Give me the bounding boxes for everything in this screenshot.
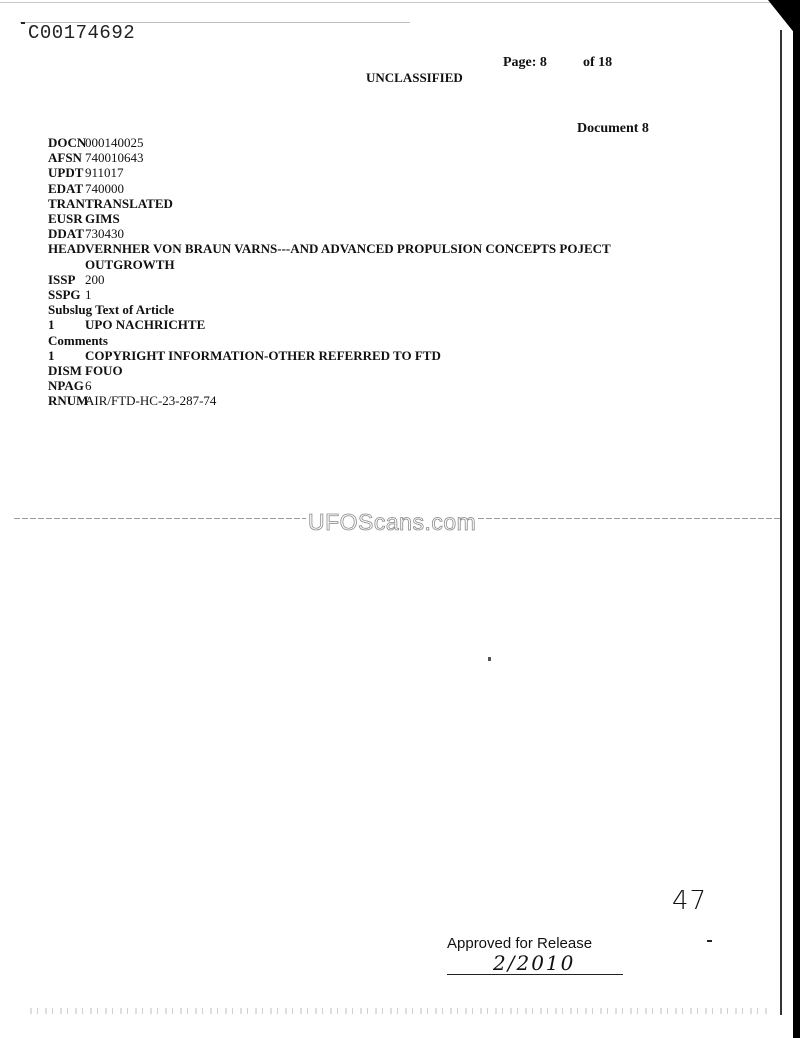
field-value: 6 xyxy=(85,378,92,393)
field-key: EDAT xyxy=(48,181,85,196)
field-rnum: RNUMAIR/FTD-HC-23-287-74 xyxy=(48,393,611,408)
field-key: RNUM xyxy=(48,393,85,408)
field-value: 000140025 xyxy=(85,135,144,150)
stamp-mark xyxy=(21,22,25,24)
signature-line xyxy=(447,974,623,975)
field-value: FOUO xyxy=(85,363,123,378)
page-total: of 18 xyxy=(583,55,612,71)
field-key: TRAN xyxy=(48,196,85,211)
approval-label: Approved for Release xyxy=(447,935,623,952)
field-value: 911017 xyxy=(85,165,124,180)
field-key: DDAT xyxy=(48,226,85,241)
subslug-item: 1UPO NACHRICHTE xyxy=(48,317,611,332)
scan-edge-line xyxy=(0,2,770,3)
page-number: Page: 8 xyxy=(503,55,547,71)
field-updt: UPDT911017 xyxy=(48,165,611,180)
field-key: NPAG xyxy=(48,378,85,393)
field-tran: TRANTRANSLATED xyxy=(48,196,611,211)
field-docn: DOCN000140025 xyxy=(48,135,611,150)
item-number: 1 xyxy=(48,348,85,363)
field-value: 730430 xyxy=(85,226,124,241)
stamp-mark xyxy=(707,940,712,942)
item-number: 1 xyxy=(48,317,85,332)
record-fields: DOCN000140025 AFSN740010643 UPDT911017 E… xyxy=(48,135,611,409)
field-eusr: EUSRGIMS xyxy=(48,211,611,226)
scan-page-edge xyxy=(793,30,800,1038)
page-indicator: Page: 8of 18 xyxy=(503,55,612,71)
field-value: 200 xyxy=(85,272,105,287)
comments-heading: Comments xyxy=(48,333,611,348)
approval-date: 2/2010 xyxy=(493,951,575,975)
scan-speck xyxy=(488,657,491,661)
item-text: UPO NACHRICHTE xyxy=(85,317,205,332)
field-key: DOCN xyxy=(48,135,85,150)
field-value: 1 xyxy=(85,287,92,302)
item-text: COPYRIGHT INFORMATION-OTHER REFERRED TO … xyxy=(85,348,441,363)
field-value: TRANSLATED xyxy=(85,196,173,211)
field-key: AFSN xyxy=(48,150,85,165)
field-issp: ISSP200 xyxy=(48,272,611,287)
watermark: UFOScans.com xyxy=(306,509,478,536)
subslug-heading: Subslug Text of Article xyxy=(48,302,611,317)
comment-item: 1COPYRIGHT INFORMATION-OTHER REFERRED TO… xyxy=(48,348,611,363)
document-id-stamp: C00174692 xyxy=(28,22,135,44)
field-key: ISSP xyxy=(48,272,85,287)
approval-stamp: Approved for Release 2/2010 xyxy=(447,935,623,952)
field-value: GIMS xyxy=(85,211,120,226)
field-value: AIR/FTD-HC-23-287-74 xyxy=(85,393,216,408)
field-key: HEAD xyxy=(48,241,85,256)
field-dism: DISMFOUO xyxy=(48,363,611,378)
scan-margin-line xyxy=(780,30,782,1015)
field-key: UPDT xyxy=(48,165,85,180)
handwritten-page-number: 47 xyxy=(672,886,707,916)
field-key: EUSR xyxy=(48,211,85,226)
headline-text: VERNHER VON BRAUN VARNS---AND ADVANCED P… xyxy=(85,241,611,256)
field-ddat: DDAT730430 xyxy=(48,226,611,241)
field-npag: NPAG6 xyxy=(48,378,611,393)
field-value: 740000 xyxy=(85,181,124,196)
headline-continuation: OUTGROWTH xyxy=(48,257,611,272)
field-head: HEADVERNHER VON BRAUN VARNS---AND ADVANC… xyxy=(48,241,611,256)
field-key: SSPG xyxy=(48,287,85,302)
scan-noise xyxy=(30,1008,770,1014)
field-edat: EDAT740000 xyxy=(48,181,611,196)
field-sspg: SSPG1 xyxy=(48,287,611,302)
classification-marking: UNCLASSIFIED xyxy=(366,70,463,86)
field-key: DISM xyxy=(48,363,85,378)
field-afsn: AFSN740010643 xyxy=(48,150,611,165)
field-value: 740010643 xyxy=(85,150,144,165)
